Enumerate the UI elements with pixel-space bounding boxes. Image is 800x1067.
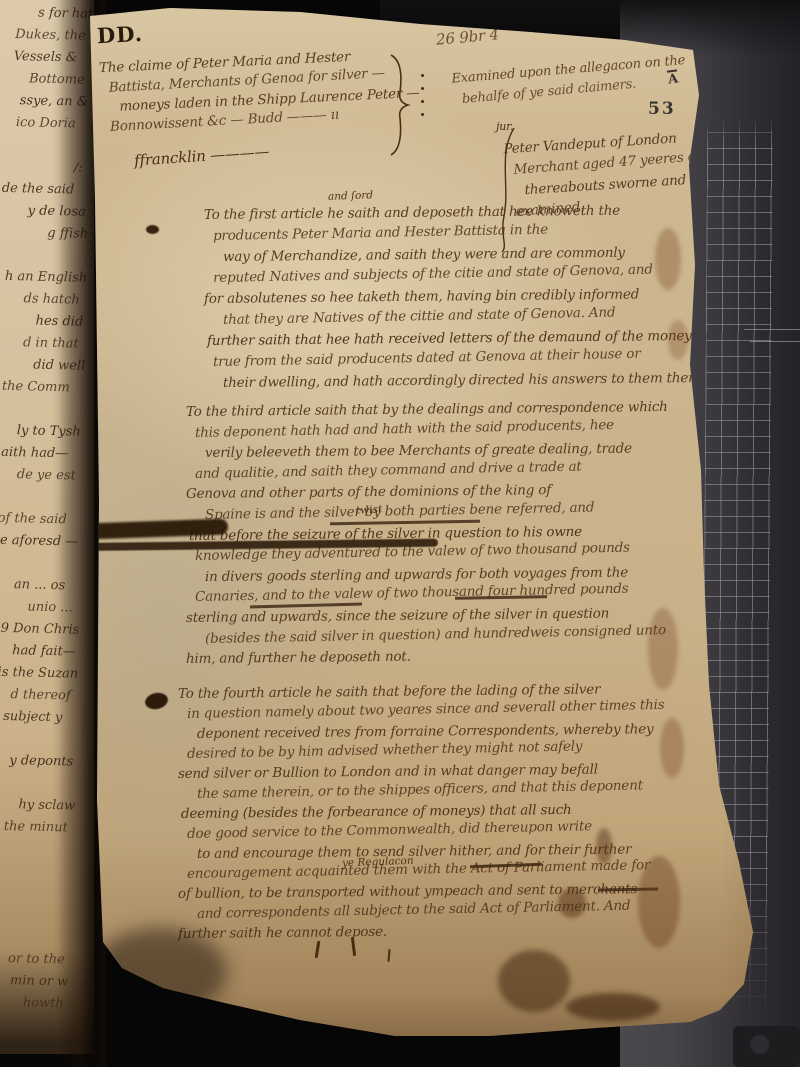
foxing-stain: [638, 856, 680, 948]
bottom-stain: [566, 993, 660, 1021]
manuscript-line: of the said: [0, 506, 67, 531]
bottom-stain: [558, 888, 586, 918]
foxing-stain: [668, 320, 688, 360]
deposition-paragraph-2: To the third article saith that by the d…: [186, 402, 701, 670]
claim-header: The claime of Peter Maria and HesterBatt…: [99, 49, 402, 137]
ink-dots: [421, 64, 424, 126]
bottom-right-clamp-object: [733, 1026, 800, 1067]
manuscript-line: further saith he cannot depose.: [178, 919, 700, 944]
ink-blot: [144, 691, 170, 711]
foxing-stain: [648, 608, 678, 690]
backdrop-thread-line: [744, 329, 800, 330]
foxing-stain: [655, 228, 681, 290]
ink-scratch: [387, 949, 390, 962]
manuscript-line: their dwelling, and hath accordingly dir…: [223, 368, 704, 394]
manuscript-line: [0, 770, 61, 795]
deposition-paragraph-1: To the first article he saith and depose…: [204, 205, 704, 394]
page-number: 53: [648, 99, 676, 119]
corner-shadow: [92, 928, 227, 1016]
folio-letter-mark: A: [667, 69, 679, 87]
backdrop-thread-line: [750, 341, 800, 342]
manuscript-photo: s for hatDukes, theVessels &Bottomessye,…: [0, 0, 800, 1067]
bottom-stain: [596, 828, 612, 864]
ink-blot: [146, 225, 159, 234]
manuscript-line: [0, 836, 59, 861]
foxing-stain: [660, 718, 684, 778]
interlinear-insertion: and ſord: [328, 189, 373, 203]
manuscript-line: howth: [0, 990, 64, 1015]
manuscript-line: him, and further he deposeth not.: [186, 644, 701, 670]
bottom-stain: [498, 950, 570, 1012]
deposition-paragraph-3: To the fourth article he saith that befo…: [178, 684, 700, 944]
registry-mark: DD.: [96, 21, 143, 48]
attorney-name: ffrancklin ————: [134, 142, 270, 169]
manuscript-line: [0, 902, 58, 927]
manuscript-line: subject y: [0, 704, 62, 729]
manuscript-page: DD. The claime of Peter Maria and Hester…: [0, 0, 800, 1067]
manuscript-line: or to the: [0, 946, 65, 971]
header-brace: [386, 52, 416, 158]
manuscript-line: an ... os: [0, 572, 65, 597]
